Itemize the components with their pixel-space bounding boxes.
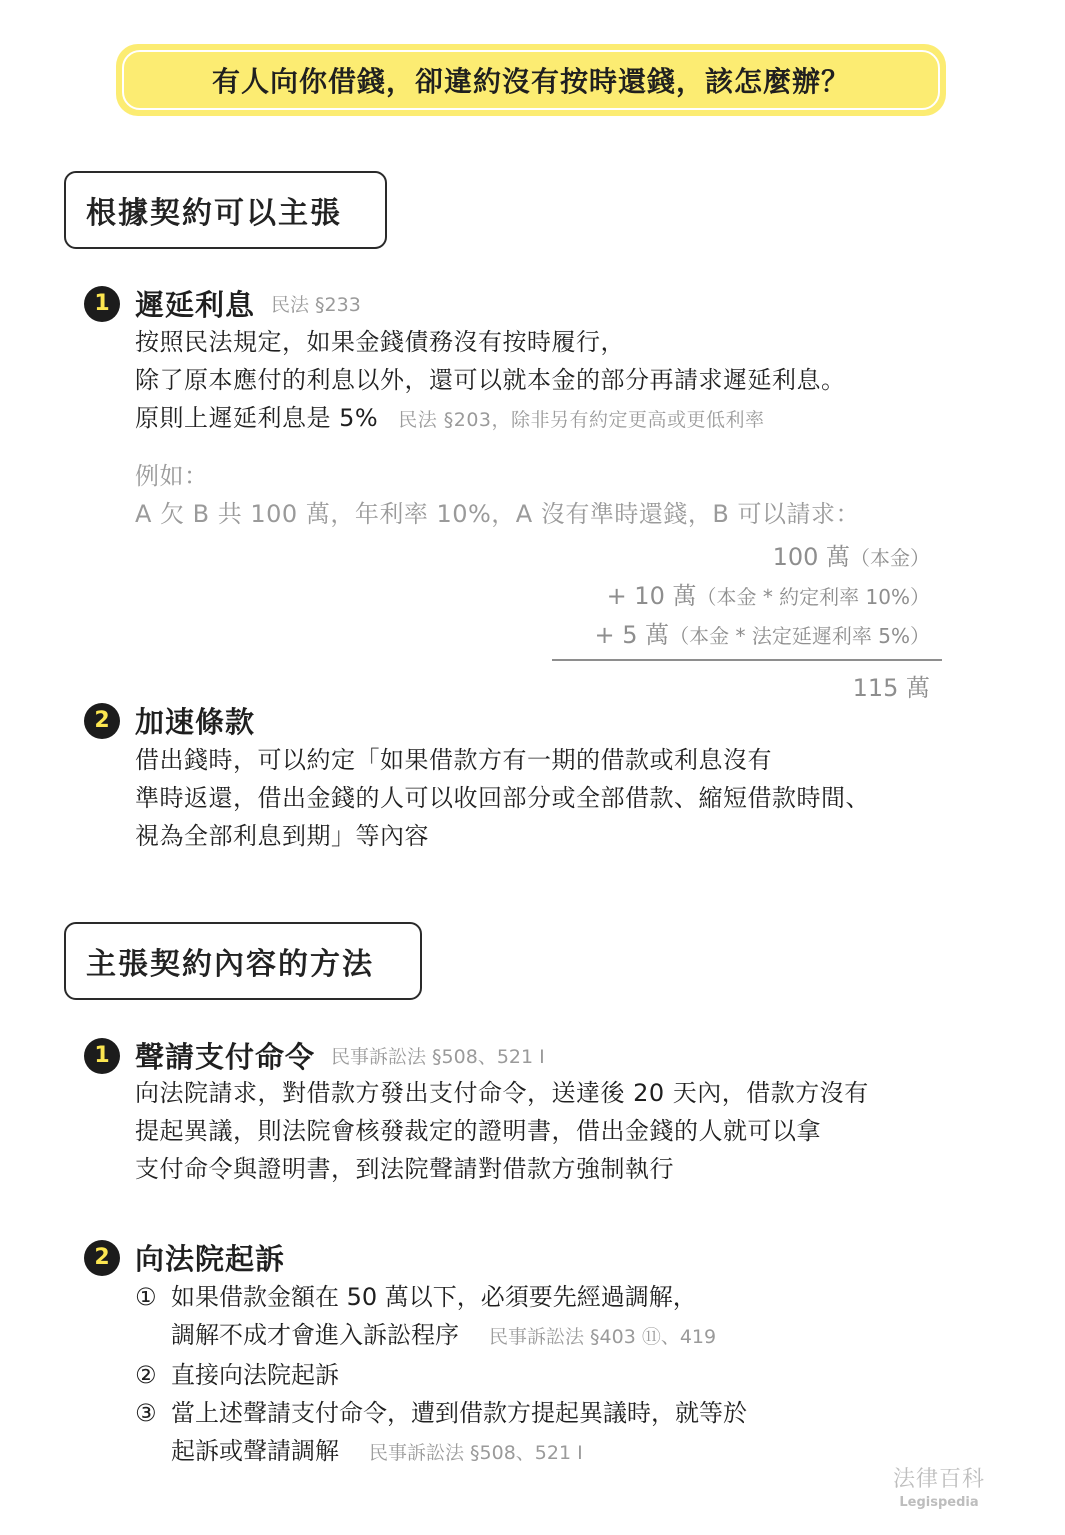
item-payment-order-header: 1 聲請支付命令 民事訴訟法 §508、521 I [84, 1035, 545, 1076]
item-title: 遲延利息 [135, 283, 255, 324]
text-line: 起訴或聲請調解 [171, 1437, 339, 1465]
sub-item-1: ①如果借款金額在 50 萬以下，必須要先經過調解， [135, 1278, 747, 1316]
text-line: 除了原本應付的利息以外，還可以就本金的部分再請求遲延利息。 [135, 361, 846, 399]
rate-text: 原則上遲延利息是 5% [135, 404, 378, 432]
item-title: 向法院起訴 [135, 1237, 285, 1278]
sub-item-2: ②直接向法院起訴 [135, 1356, 747, 1394]
section-heading-methods: 主張契約內容的方法 [64, 922, 422, 1000]
calc-note: （本金 * 法定延遲利率 5%） [669, 624, 930, 648]
text-line: 當上述聲請支付命令，遭到借款方提起異議時，就等於 [171, 1399, 747, 1427]
number-badge: 1 [84, 1038, 120, 1074]
example-scenario: A 欠 B 共 100 萬，年利率 10%，A 沒有準時還錢，B 可以請求： [135, 495, 860, 533]
item-delay-interest-header: 1 遲延利息 民法 §233 [84, 283, 361, 324]
brand-english: Legispedia [893, 1495, 985, 1510]
total-amount: 115 萬 [853, 669, 930, 707]
circled-number: ③ [135, 1394, 171, 1432]
text-line: 調解不成才會進入訴訟程序 [171, 1321, 459, 1349]
calc-amount: + 10 萬 [607, 582, 697, 610]
number-badge: 2 [84, 1240, 120, 1276]
acceleration-body: 借出錢時，可以約定「如果借款方有一期的借款或利息沒有 準時返還，借出金錢的人可以… [135, 741, 870, 855]
text-line: 提起異議，則法院會核發裁定的證明書，借出金錢的人就可以拿 [135, 1112, 869, 1150]
brand-chinese: 法律百科 [893, 1462, 985, 1493]
sub-item-3: ③當上述聲請支付命令，遭到借款方提起異議時，就等於 [135, 1394, 747, 1432]
page-title: 有人向你借錢，卻違約沒有按時還錢，該怎麼辦？ [212, 60, 850, 100]
calc-amount: + 5 萬 [595, 621, 670, 649]
rate-line: 原則上遲延利息是 5%民法 §203，除非另有約定更高或更低利率 [135, 399, 846, 439]
brand-logo: 法律百科 Legispedia [893, 1462, 985, 1510]
number-badge: 1 [84, 286, 120, 322]
delay-interest-body: 按照民法規定，如果金錢債務沒有按時履行， 除了原本應付的利息以外，還可以就本金的… [135, 323, 846, 439]
sub-item-3-cont: 起訴或聲請調解民事訴訟法 §508、521 I [135, 1432, 747, 1472]
calc-note: （本金） [850, 546, 930, 570]
item-lawsuit-header: 2 向法院起訴 [84, 1237, 285, 1278]
text-line: 直接向法院起訴 [171, 1361, 339, 1389]
calc-row: 100 萬（本金） [595, 538, 930, 577]
text-line: 如果借款金額在 50 萬以下，必須要先經過調解， [171, 1283, 697, 1311]
number-badge: 2 [84, 703, 120, 739]
example-label: 例如： [135, 457, 860, 495]
text-line: 準時返還，借出金錢的人可以收回部分或全部借款、縮短借款時間、 [135, 779, 870, 817]
calc-total: 115 萬 [853, 669, 930, 707]
item-title: 聲請支付命令 [135, 1035, 315, 1076]
circled-number: ② [135, 1356, 171, 1394]
circled-number: ① [135, 1278, 171, 1316]
calc-row: + 5 萬（本金 * 法定延遲利率 5%） [595, 616, 930, 655]
calc-amount: 100 萬 [773, 543, 850, 571]
citation: 民法 §233 [271, 290, 361, 317]
title-banner-inner: 有人向你借錢，卻違約沒有按時還錢，該怎麼辦？ [122, 50, 940, 110]
text-line: 按照民法規定，如果金錢債務沒有按時履行， [135, 323, 846, 361]
calc-row: + 10 萬（本金 * 約定利率 10%） [595, 577, 930, 616]
sum-divider [552, 659, 942, 661]
text-line: 向法院請求，對借款方發出支付命令，送達後 20 天內，借款方沒有 [135, 1074, 869, 1112]
section-heading-contract-claims: 根據契約可以主張 [64, 171, 387, 249]
calc-note: （本金 * 約定利率 10%） [696, 585, 930, 609]
text-line: 視為全部利息到期」等內容 [135, 817, 870, 855]
item-acceleration-header: 2 加速條款 [84, 700, 255, 741]
text-line: 借出錢時，可以約定「如果借款方有一期的借款或利息沒有 [135, 741, 870, 779]
item-title: 加速條款 [135, 700, 255, 741]
payment-order-body: 向法院請求，對借款方發出支付命令，送達後 20 天內，借款方沒有 提起異議，則法… [135, 1074, 869, 1188]
rate-citation: 民法 §203，除非另有約定更高或更低利率 [398, 409, 764, 431]
lawsuit-sub-list: ①如果借款金額在 50 萬以下，必須要先經過調解， 調解不成才會進入訴訟程序民事… [135, 1278, 747, 1472]
text-line: 支付命令與證明書，到法院聲請對借款方強制執行 [135, 1150, 869, 1188]
calculation: 100 萬（本金） + 10 萬（本金 * 約定利率 10%） + 5 萬（本金… [595, 538, 930, 655]
citation: 民事訴訟法 §403 ⑪、419 [489, 1326, 716, 1348]
example-block: 例如： A 欠 B 共 100 萬，年利率 10%，A 沒有準時還錢，B 可以請… [135, 457, 860, 533]
citation: 民事訴訟法 §508、521 I [331, 1042, 545, 1069]
title-banner: 有人向你借錢，卻違約沒有按時還錢，該怎麼辦？ [116, 44, 946, 116]
citation: 民事訴訟法 §508、521 I [369, 1442, 583, 1464]
sub-item-1-cont: 調解不成才會進入訴訟程序民事訴訟法 §403 ⑪、419 [135, 1316, 747, 1356]
